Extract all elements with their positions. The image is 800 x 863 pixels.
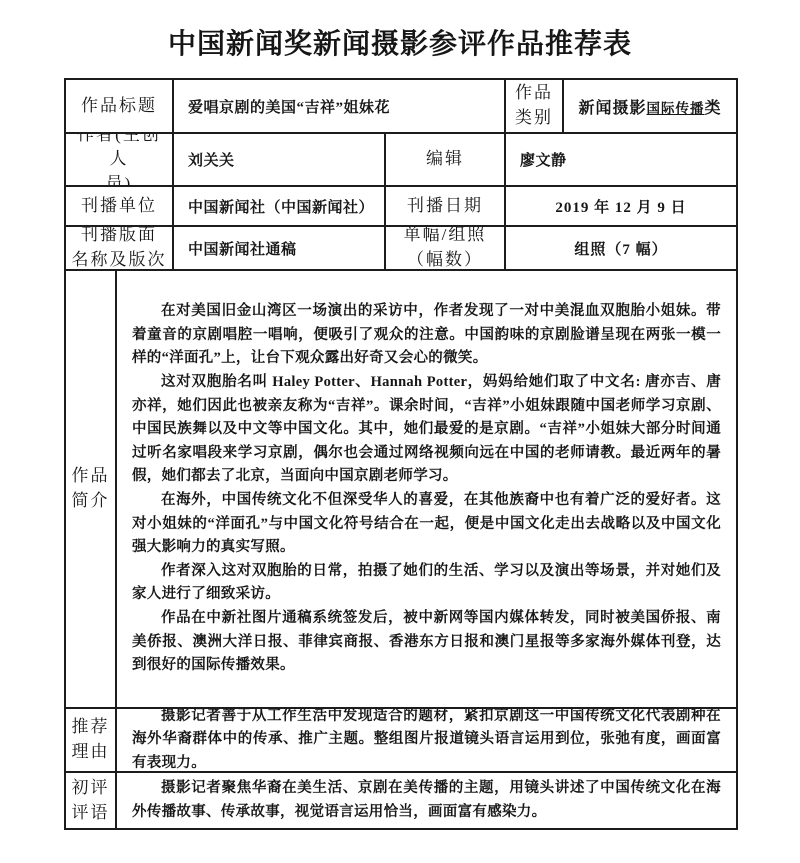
- intro-paragraph-2: 这对双胞胎名叫 Haley Potter、Hannah Potter，妈妈给她们…: [132, 371, 721, 489]
- work-title-label: 作品标题: [66, 80, 172, 132]
- intro-label: 作品 简介: [66, 271, 115, 707]
- author-value: 刘关关: [172, 134, 384, 185]
- row-review: 初评 评语 摄影记者聚焦华裔在美生活、京剧在美传播的主题，用镜头讲述了中国传统文…: [66, 771, 736, 828]
- category-value: 新闻摄影国际传播类: [562, 80, 736, 132]
- review-label: 初评 评语: [66, 773, 115, 828]
- work-title-value: 爱唱京剧的美国“吉祥”姐妹花: [172, 80, 504, 132]
- review-body: 摄影记者聚焦华裔在美生活、京剧在美传播的主题，用镜头讲述了中国传统文化在海外传播…: [115, 773, 736, 828]
- publish-date-value: 2019 年 12 月 9 日: [504, 187, 736, 225]
- row-author: 作者(主创人 员) 刘关关 编辑 廖文静: [66, 132, 736, 185]
- editor-value: 廖文静: [504, 134, 736, 185]
- intro-body: 在对美国旧金山湾区一场演出的采访中，作者发现了一对中美混血双胞胎小姐妹。带着童音…: [115, 271, 736, 707]
- page-title: 中国新闻奖新闻摄影参评作品推荐表: [0, 22, 800, 62]
- row-recommendation: 推荐 理由 摄影记者善于从工作生活中发现适合的题材，紧扣京剧这一中国传统文化代表…: [66, 707, 736, 771]
- recommendation-form-table: 作品标题 爱唱京剧的美国“吉祥”姐妹花 作品 类别 新闻摄影国际传播类 作者(主…: [64, 78, 738, 830]
- category-highlight: 国际传播: [647, 101, 705, 116]
- recommendation-text: 摄影记者善于从工作生活中发现适合的题材，紧扣京剧这一中国传统文化代表剧种在海外华…: [132, 709, 721, 771]
- intro-paragraph-5: 作品在中新社图片通稿系统签发后，被中新网等国内媒体转发，同时被美国侨报、南美侨报…: [132, 607, 721, 678]
- category-text: 新闻摄影国际传播类: [578, 95, 721, 118]
- intro-paragraph-3: 在海外，中国传统文化不但深受华人的喜爱，在其他族裔中也有着广泛的爱好者。这对小姐…: [132, 489, 721, 560]
- publisher-label: 刊播单位: [66, 187, 172, 225]
- row-publisher: 刊播单位 中国新闻社（中国新闻社） 刊播日期 2019 年 12 月 9 日: [66, 185, 736, 225]
- recommendation-label: 推荐 理由: [66, 709, 115, 771]
- row-edition: 刊播版面 名称及版次 中国新闻社通稿 单幅/组照 （幅数） 组照（7 幅）: [66, 225, 736, 269]
- intro-paragraph-4: 作者深入这对双胞胎的日常，拍摄了她们的生活、学习以及演出等场景，并对她们及家人进…: [132, 560, 721, 607]
- review-text: 摄影记者聚焦华裔在美生活、京剧在美传播的主题，用镜头讲述了中国传统文化在海外传播…: [132, 777, 721, 824]
- format-value: 组照（7 幅）: [504, 227, 736, 269]
- format-label: 单幅/组照 （幅数）: [384, 227, 504, 269]
- publisher-value: 中国新闻社（中国新闻社）: [172, 187, 384, 225]
- edition-label: 刊播版面 名称及版次: [66, 227, 172, 269]
- row-intro: 作品 简介 在对美国旧金山湾区一场演出的采访中，作者发现了一对中美混血双胞胎小姐…: [66, 269, 736, 707]
- row-work-title: 作品标题 爱唱京剧的美国“吉祥”姐妹花 作品 类别 新闻摄影国际传播类: [66, 80, 736, 132]
- editor-label: 编辑: [384, 134, 504, 185]
- intro-paragraph-1: 在对美国旧金山湾区一场演出的采访中，作者发现了一对中美混血双胞胎小姐妹。带着童音…: [132, 300, 721, 371]
- publish-date-label: 刊播日期: [384, 187, 504, 225]
- category-label: 作品 类别: [504, 80, 562, 132]
- edition-value: 中国新闻社通稿: [172, 227, 384, 269]
- author-label: 作者(主创人 员): [66, 134, 172, 185]
- recommendation-body: 摄影记者善于从工作生活中发现适合的题材，紧扣京剧这一中国传统文化代表剧种在海外华…: [115, 709, 736, 771]
